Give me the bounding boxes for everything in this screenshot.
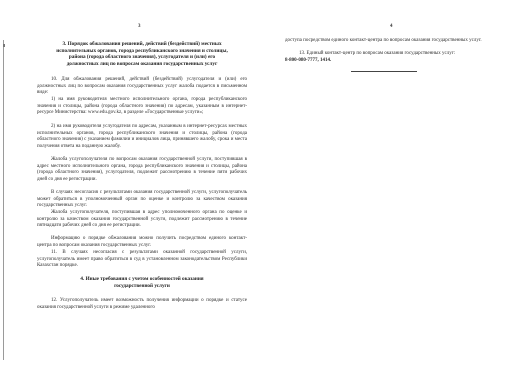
contact-phone-numbers: 8-800-080-7777, 1414. <box>285 58 495 65</box>
paragraph-11: 11. В случаях несогласия с результатами … <box>37 250 247 270</box>
paragraph-10-item-2: 2) на имя руководителя услугодателя по а… <box>37 124 247 150</box>
paragraph-12: 12. Услугополучатель имеет возможность п… <box>37 298 247 311</box>
paragraph-10: 10. Для обжалования решений, действий (б… <box>37 77 247 97</box>
section-3-heading: 3. Порядок обжалования решений, действий… <box>53 41 231 68</box>
scan-edge-line <box>3 40 4 360</box>
paragraph-10-item-1: 1) на имя руководителя местного исполнит… <box>37 97 247 117</box>
scan-edge-mark <box>3 44 5 47</box>
paragraph-12-continuation: доступа посредством единого контакт-цент… <box>285 38 495 45</box>
paragraph-authority-complaint: Жалоба услугополучателя, поступившая в а… <box>37 210 247 230</box>
left-page: 3 3. Порядок обжалования решений, действ… <box>37 0 247 369</box>
paragraph-13: 13. Единый контакт-центр по вопросам ока… <box>285 51 495 58</box>
end-separator <box>351 71 417 72</box>
page-number: 3 <box>138 24 141 29</box>
page-number: 4 <box>390 24 393 29</box>
paragraph-info-contact: Информацию о порядке обжалования можно п… <box>37 236 247 249</box>
right-page: 4 доступа посредством единого контакт-це… <box>285 0 495 369</box>
section-4-heading: 4. Иные требования с учетом особенностей… <box>71 276 213 289</box>
paragraph-disagreement: В случаях несогласия с результатами оказ… <box>37 190 247 210</box>
paragraph-complaint-review: Жалоба услугополучателя по вопросам оказ… <box>37 157 247 183</box>
